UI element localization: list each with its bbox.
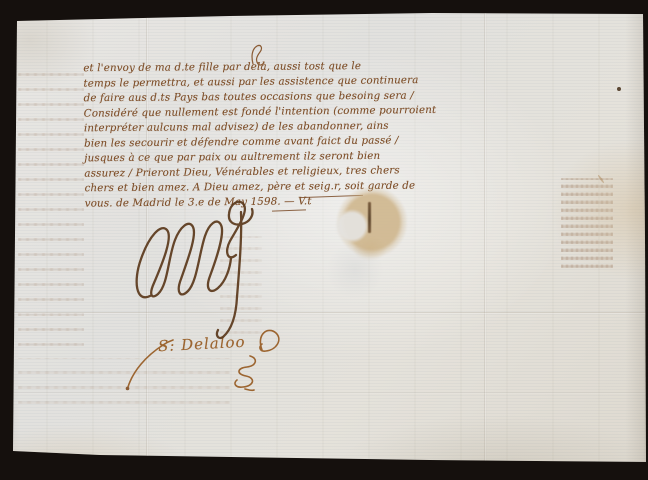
paper-shading (0, 0, 648, 480)
edge-speck (100, 456, 105, 459)
edge-speck (111, 457, 115, 460)
manuscript-scan: et l'envoy de ma d.te fille par delà, au… (0, 0, 648, 480)
paper-sheet: et l'envoy de ma d.te fille par delà, au… (0, 0, 648, 480)
